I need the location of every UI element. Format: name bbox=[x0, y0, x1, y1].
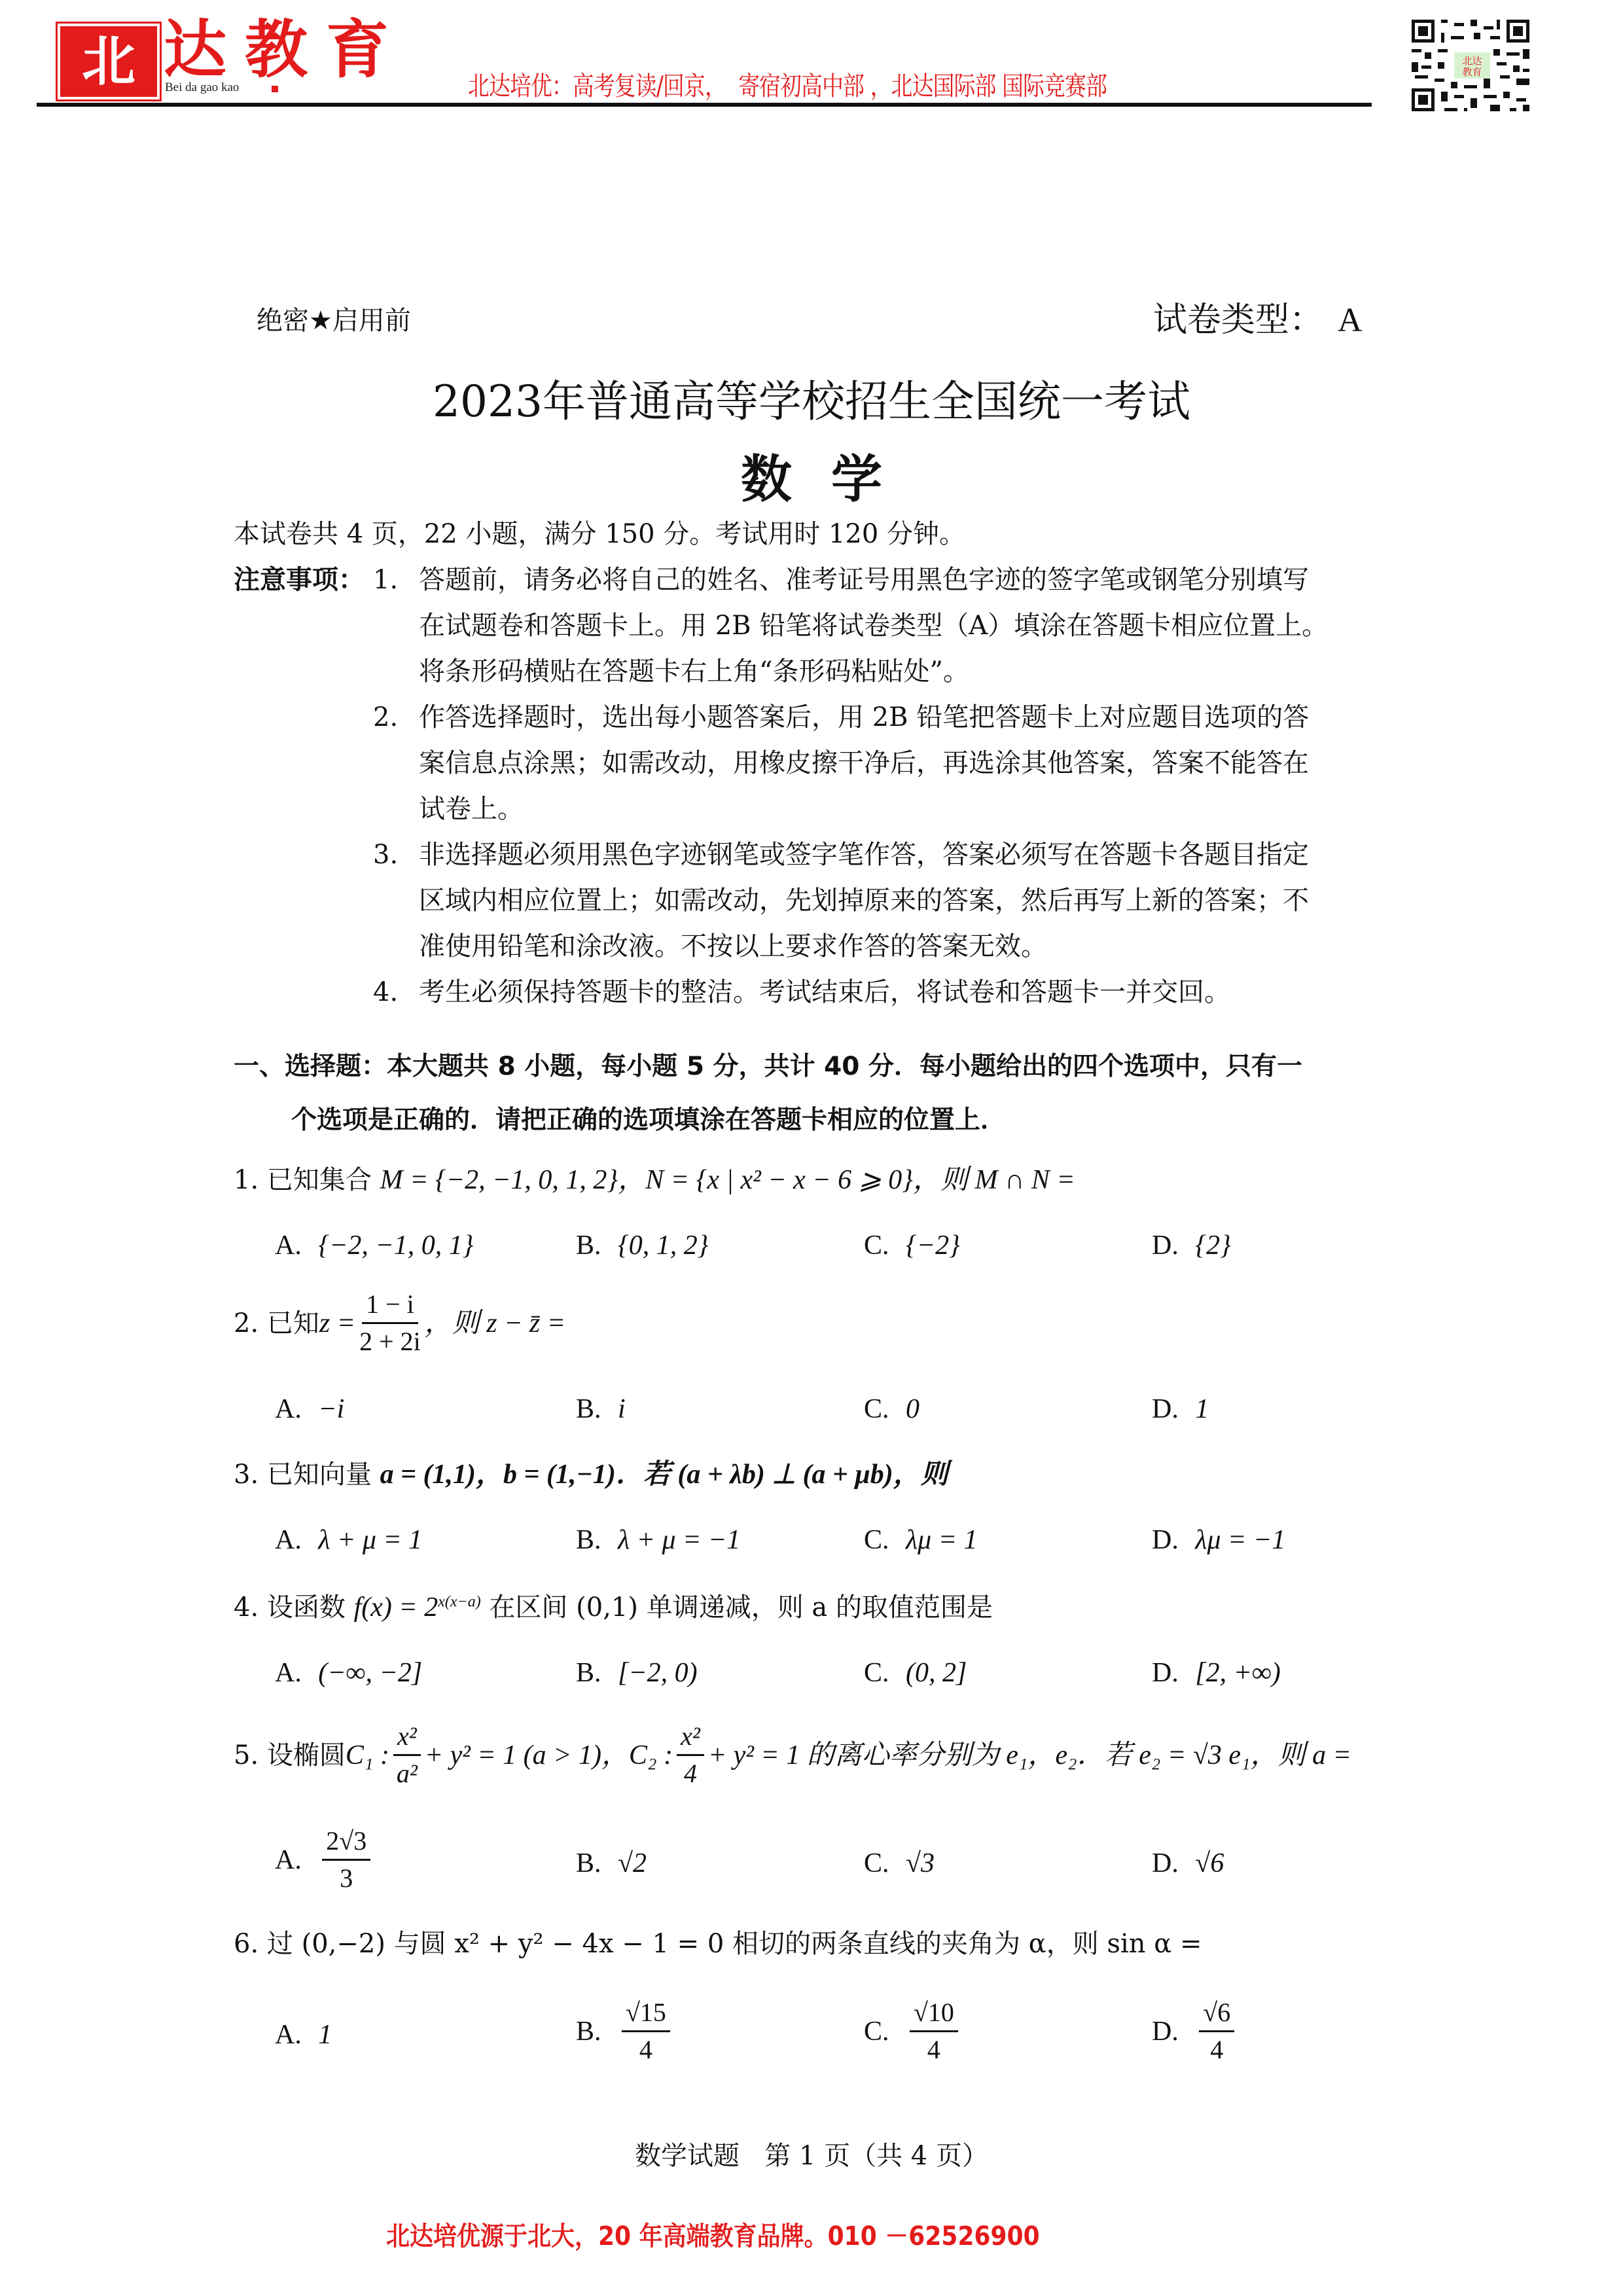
q3-option-b[interactable]: B. λ + μ = −1 bbox=[576, 1526, 740, 1554]
svg-text:教育: 教育 bbox=[1462, 66, 1482, 78]
note-1-line-3: 将条形码横贴在答题卡右上角“条形码粘贴处”。 bbox=[419, 658, 969, 685]
note-3-line-1: 非选择题必须用黑色字迹钢笔或签字笔作答，答案必须写在答题卡各题目指定 bbox=[419, 842, 1309, 868]
q4-option-c[interactable]: C. (0, 2] bbox=[864, 1659, 967, 1687]
question-3: 3. 已知向量 a = (1,1)，b = (1,−1)．若 (a + λb) … bbox=[234, 1461, 948, 1488]
paper-type-label: 试卷类型： bbox=[1153, 300, 1323, 340]
exam-subject: 数学 bbox=[0, 439, 1623, 512]
question-1: 1. 已知集合 M = {−2, −1, 0, 1, 2}，N = {x | x… bbox=[234, 1166, 1075, 1194]
footer-advert: 北达培优源于北大，20 年高端教育品牌。010 －62526900 bbox=[386, 2215, 1040, 2253]
q1-option-b[interactable]: B. {0, 1, 2} bbox=[576, 1232, 709, 1259]
fraction: x²a² bbox=[393, 1721, 421, 1789]
q5-option-c[interactable]: C. √3 bbox=[864, 1850, 935, 1877]
logo-subtitle: Bei da gao kao bbox=[165, 81, 239, 95]
header-divider bbox=[37, 103, 1372, 107]
exam-title: 2023年普通高等学校招生全国统一考试 bbox=[0, 367, 1623, 429]
q6-option-d[interactable]: D. √64 bbox=[1152, 1998, 1238, 2065]
q3-option-a[interactable]: A. λ + μ = 1 bbox=[275, 1526, 422, 1554]
logo-seal-char: 北 bbox=[82, 35, 135, 88]
q1-option-c[interactable]: C. {−2} bbox=[864, 1232, 960, 1259]
q1-option-d[interactable]: D. {2} bbox=[1152, 1232, 1231, 1259]
question-4: 4. 设函数 f(x) = 2x(x−a) 在区间 (0,1) 单调递减，则 a… bbox=[234, 1594, 993, 1621]
exam-summary: 本试卷共 4 页，22 小题，满分 150 分。考试用时 120 分钟。 bbox=[234, 521, 965, 547]
note-2-line-1: 作答选择题时，选出每小题答案后，用 2B 铅笔把答题卡上对应题目选项的答 bbox=[419, 704, 1309, 730]
logo-text: 达教育 bbox=[164, 18, 407, 81]
note-2-line-3: 试卷上。 bbox=[419, 796, 524, 822]
q2-option-b[interactable]: B. i bbox=[576, 1395, 626, 1423]
q3-option-c[interactable]: C. λμ = 1 bbox=[864, 1526, 978, 1554]
notes-label: 注意事项： bbox=[234, 567, 365, 593]
note-1-num: 1. bbox=[373, 567, 398, 593]
logo-seal: 北 bbox=[60, 26, 157, 97]
question-5: 5. 设椭圆 C₁ : x²a² + y² = 1 (a > 1)， C₂ : … bbox=[234, 1721, 1351, 1789]
section-1-heading-line-2: 个选项是正确的．请把正确的选项填涂在答题卡相应的位置上． bbox=[291, 1107, 1006, 1133]
note-3-line-2: 区域内相应位置上；如需改动，先划掉原来的答案，然后再写上新的答案；不 bbox=[419, 888, 1309, 914]
note-4-line-1: 考生必须保持答题卡的整洁。考试结束后，将试卷和答题卡一并交回。 bbox=[419, 979, 1230, 1005]
page-number: 数学试题 第 1 页（共 4 页） bbox=[0, 2135, 1623, 2172]
q2-option-d[interactable]: D. 1 bbox=[1152, 1395, 1209, 1423]
q6-option-b[interactable]: B. √154 bbox=[576, 1998, 674, 2065]
q2-option-c[interactable]: C. 0 bbox=[864, 1395, 919, 1423]
qr-code-icon: 北达 教育 bbox=[1408, 16, 1533, 115]
question-2: 2. 已知 z = 1 − i2 + 2i ，则 z − z̄ = bbox=[234, 1289, 565, 1357]
q5-option-b[interactable]: B. √2 bbox=[576, 1850, 647, 1877]
q4-option-d[interactable]: D. [2, +∞) bbox=[1152, 1659, 1281, 1687]
q4-option-a[interactable]: A. (−∞, −2] bbox=[275, 1659, 422, 1687]
confidential-label: 绝密★启用前 bbox=[257, 300, 411, 337]
q5-option-d[interactable]: D. √6 bbox=[1152, 1850, 1224, 1877]
fraction: x²4 bbox=[677, 1721, 704, 1789]
note-2-num: 2. bbox=[373, 704, 398, 730]
section-1-heading-line-1: 一、选择题：本大题共 8 小题，每小题 5 分，共计 40 分．每小题给出的四个… bbox=[234, 1054, 1302, 1079]
fraction: 1 − i2 + 2i bbox=[359, 1289, 421, 1357]
note-2-line-2: 案信息点涂黑；如需改动，用橡皮擦干净后，再选涂其他答案，答案不能答在 bbox=[419, 750, 1309, 776]
qr-center-label: 北达 bbox=[1462, 55, 1482, 67]
logo-square-icon bbox=[272, 86, 278, 92]
q6-option-a[interactable]: A. 1 bbox=[275, 2021, 332, 2049]
note-1-line-2: 在试题卷和答题卡上。用 2B 铅笔将试卷类型（A）填涂在答题卡相应位置上。 bbox=[419, 613, 1328, 639]
note-3-line-3: 准使用铅笔和涂改液。不按以上要求作答的答案无效。 bbox=[419, 933, 1047, 960]
q6-option-c[interactable]: C. √104 bbox=[864, 1998, 962, 2065]
question-6: 6. 过 (0,−2) 与圆 x² + y² − 4x − 1 = 0 相切的两… bbox=[234, 1931, 1202, 1957]
paper-type-value: A bbox=[1338, 302, 1363, 339]
q1-option-a[interactable]: A. {−2, −1, 0, 1} bbox=[275, 1232, 474, 1259]
q4-option-b[interactable]: B. [−2, 0) bbox=[576, 1659, 698, 1687]
header-slogan: 北达培优：高考复读/回京， 寄宿初高中部 ，北达国际部 国际竞赛部 bbox=[468, 65, 1107, 103]
paper-type: 试卷类型：A bbox=[1153, 292, 1363, 341]
note-1-line-1: 答题前，请务必将自己的姓名、准考证号用黑色字迹的签字笔或钢笔分别填写 bbox=[419, 567, 1309, 593]
q3-option-d[interactable]: D. λμ = −1 bbox=[1152, 1526, 1285, 1554]
q5-option-a[interactable]: A. 2√33 bbox=[275, 1826, 374, 1893]
note-4-num: 4. bbox=[373, 979, 398, 1005]
q2-option-a[interactable]: A. −i bbox=[275, 1395, 344, 1423]
note-3-num: 3. bbox=[373, 842, 398, 868]
